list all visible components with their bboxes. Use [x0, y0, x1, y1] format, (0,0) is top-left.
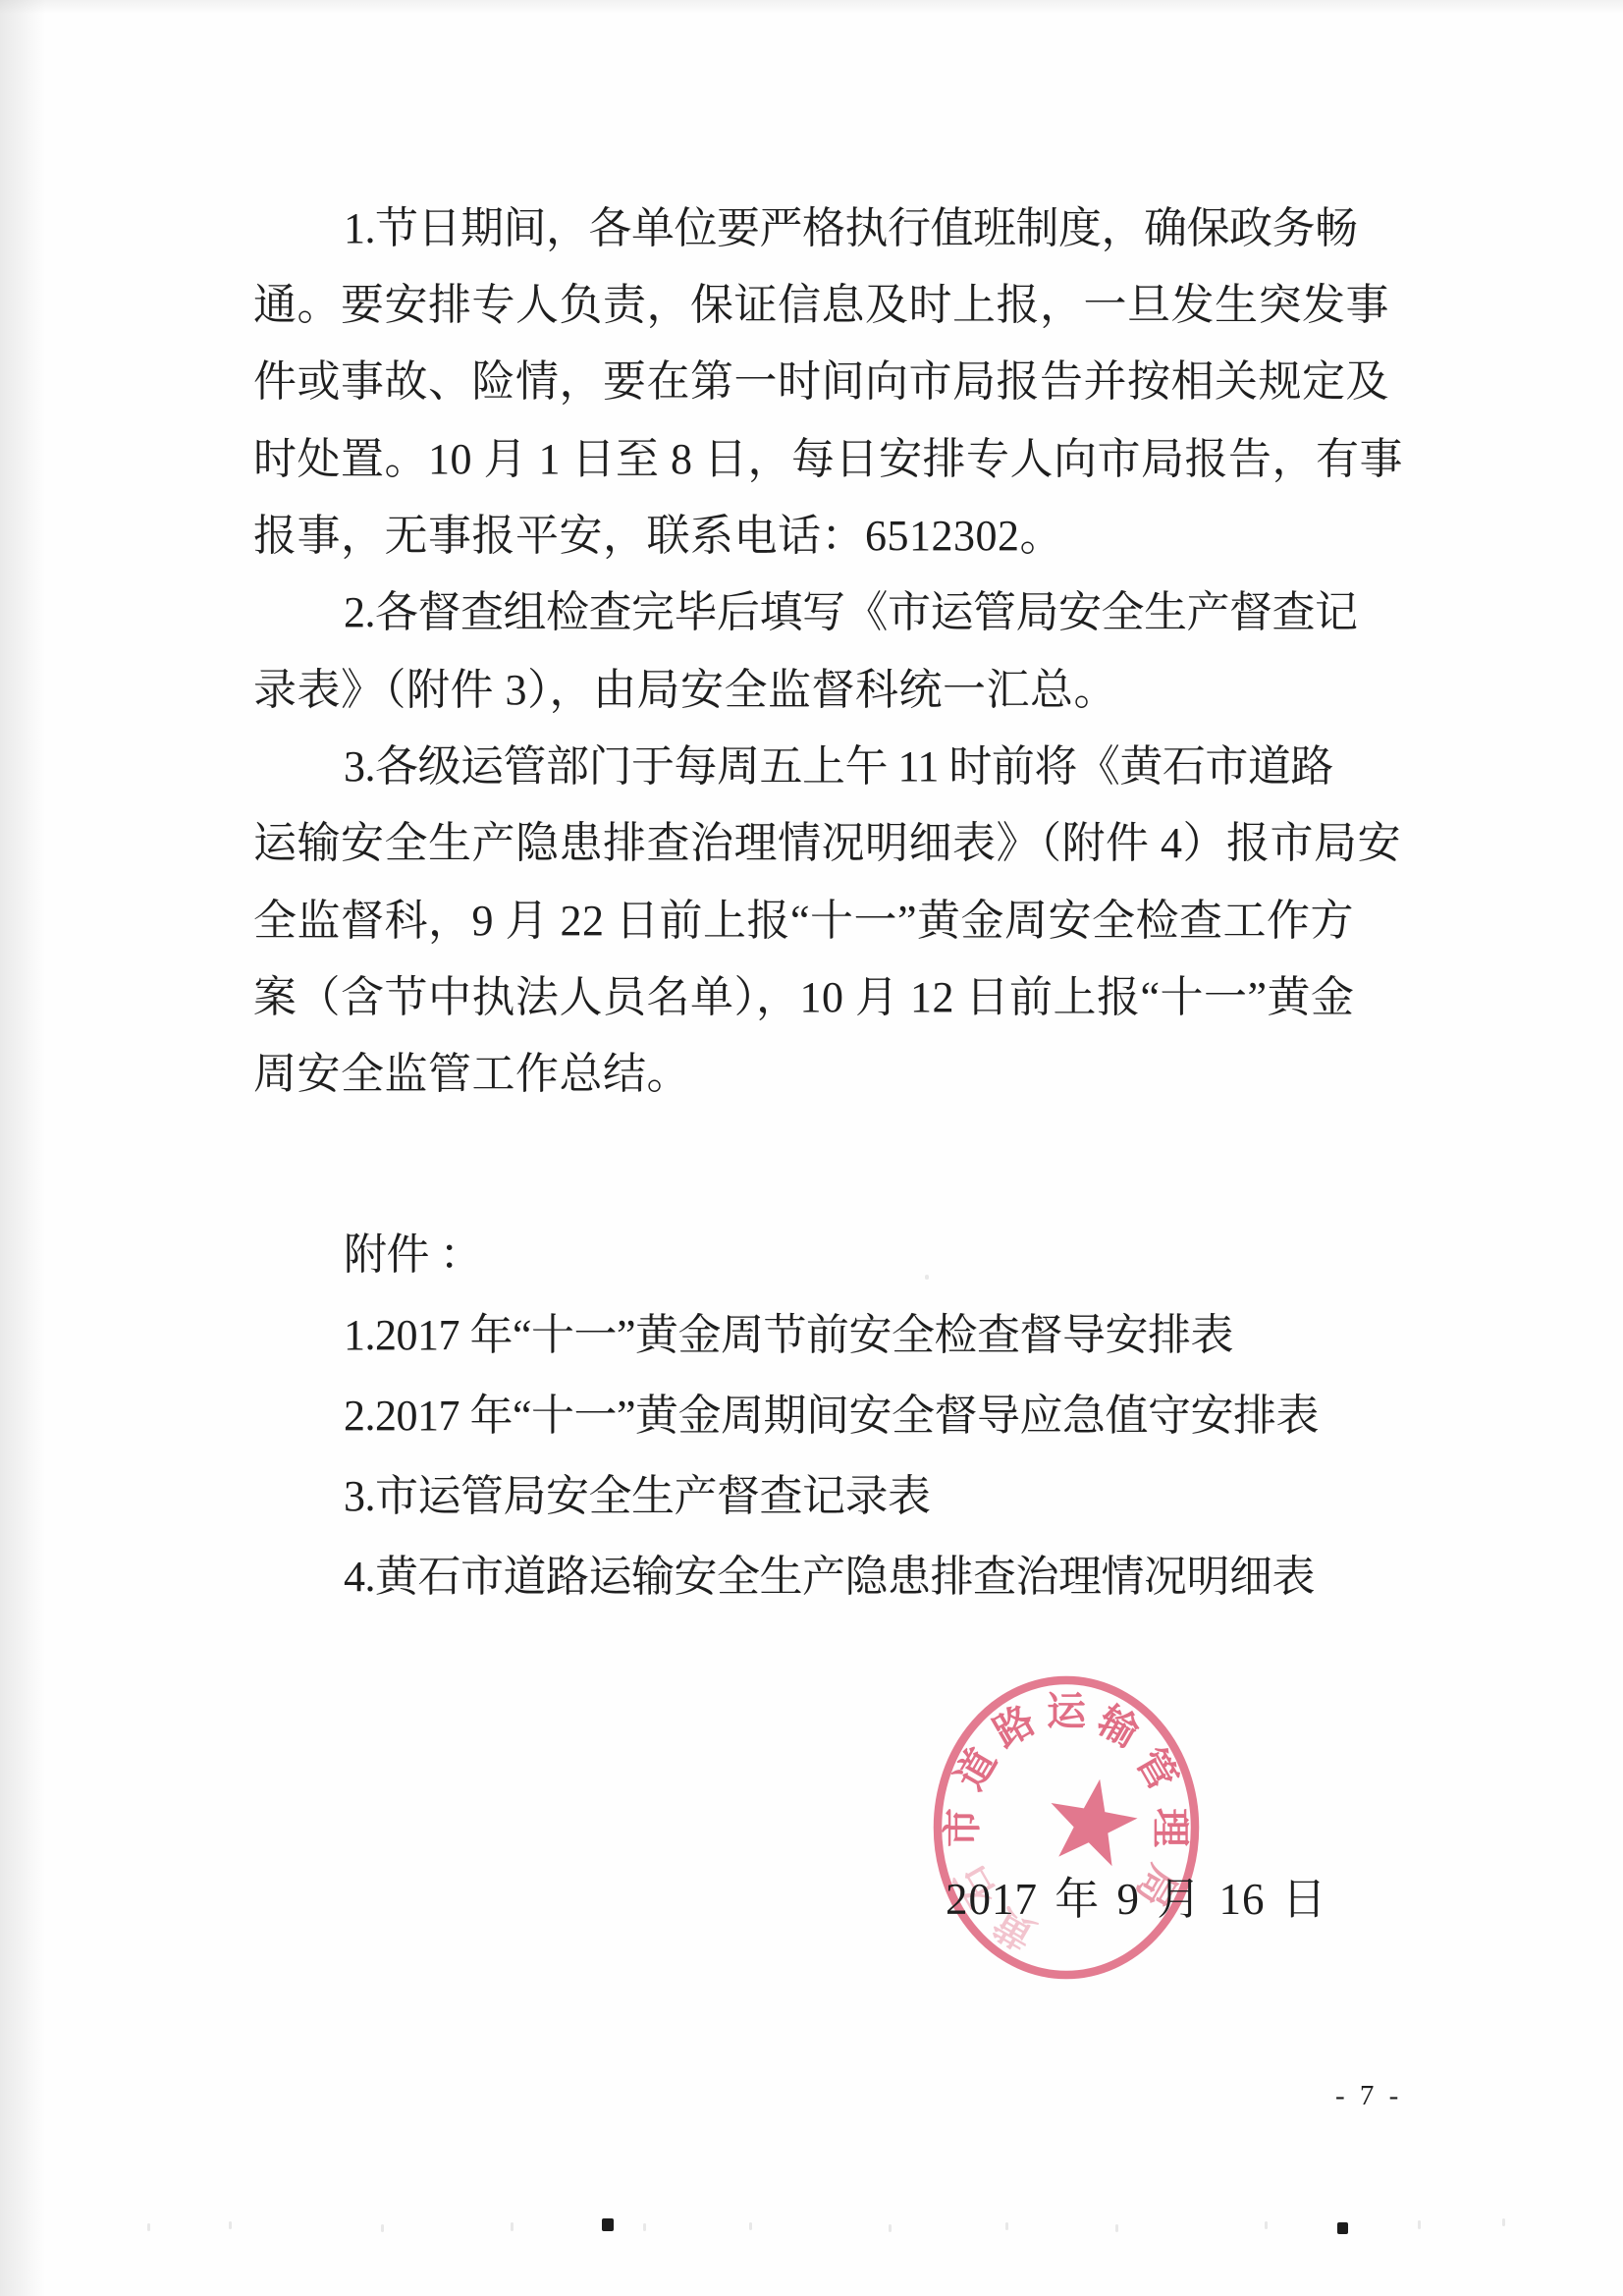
- attachments-heading: 附件 ：: [253, 1228, 1481, 1282]
- scan-speck: [147, 2223, 150, 2231]
- scan-speck: [1115, 2224, 1118, 2232]
- scan-speck: [643, 2223, 646, 2231]
- official-seal-stamp: 黄石市道路运输管理局: [904, 1661, 1228, 1995]
- scanned-document-page: 1.节日期间，各单位要严格执行值班制度，确保政务畅 通。要安排专人负责，保证信息…: [0, 0, 1623, 2296]
- svg-text:理: 理: [1149, 1808, 1193, 1847]
- body-line-7: 录表》（附件 3），由局安全监督科统一汇总。: [253, 663, 1481, 717]
- scan-edge-shadow-top: [0, 0, 1623, 14]
- body-line-6: 2.各督查组检查完毕后填写《市运管局安全生产督查记: [253, 585, 1481, 639]
- scan-speck: [602, 2218, 614, 2231]
- body-line-4: 时处置。10 月 1 日至 8 日，每日安排专人向市局报告，有事: [253, 432, 1481, 486]
- scan-speck: [1005, 2222, 1008, 2230]
- body-line-8: 3.各级运管部门于每周五上午 11 时前将《黄石市道路: [253, 739, 1481, 793]
- scan-speck: [889, 2224, 892, 2232]
- scan-speck: [381, 2224, 384, 2232]
- issue-date: 2017 年 9 月 16 日: [946, 1863, 1327, 1927]
- scan-speck: [1502, 2218, 1505, 2226]
- scan-speck: [229, 2221, 232, 2229]
- body-line-9: 运输安全生产隐患排查治理情况明细表》（附件 4）报市局安: [253, 816, 1481, 870]
- svg-text:市: 市: [941, 1808, 985, 1847]
- attachment-item-4: 4.黄石市道路运输安全生产隐患排查治理情况明细表: [253, 1550, 1481, 1604]
- body-line-11: 案（含节中执法人员名单），10 月 12 日前上报“十一”黄金: [253, 970, 1481, 1024]
- body-line-12: 周安全监管工作总结。: [253, 1047, 1481, 1101]
- page-number: - 7 -: [1335, 2080, 1402, 2112]
- svg-text:运: 运: [1047, 1689, 1087, 1733]
- scan-speck: [749, 2222, 752, 2230]
- attachment-item-2: 2.2017 年“十一”黄金周期间安全督导应急值守安排表: [253, 1389, 1481, 1443]
- attachment-item-1: 1.2017 年“十一”黄金周节前安全检查督导安排表: [253, 1308, 1481, 1362]
- scan-speck: [511, 2222, 514, 2231]
- scan-speck: [1337, 2222, 1348, 2234]
- body-line-5: 报事，无事报平安，联系电话：6512302。: [253, 509, 1481, 563]
- scan-speck: [1265, 2221, 1268, 2229]
- scan-speck: [925, 1275, 929, 1280]
- body-line-2: 通。要安排专人负责，保证信息及时上报，一旦发生突发事: [253, 278, 1481, 332]
- scan-speck: [1418, 2220, 1421, 2229]
- seal-star-icon: [1042, 1772, 1143, 1869]
- attachment-item-3: 3.市运管局安全生产督查记录表: [253, 1469, 1481, 1523]
- scan-edge-shadow-left: [0, 0, 45, 2296]
- body-line-10: 全监督科，9 月 22 日前上报“十一”黄金周安全检查工作方: [253, 894, 1481, 948]
- body-line-1: 1.节日期间，各单位要严格执行值班制度，确保政务畅: [253, 201, 1481, 255]
- body-line-3: 件或事故、险情，要在第一时间向市局报告并按相关规定及: [253, 355, 1481, 409]
